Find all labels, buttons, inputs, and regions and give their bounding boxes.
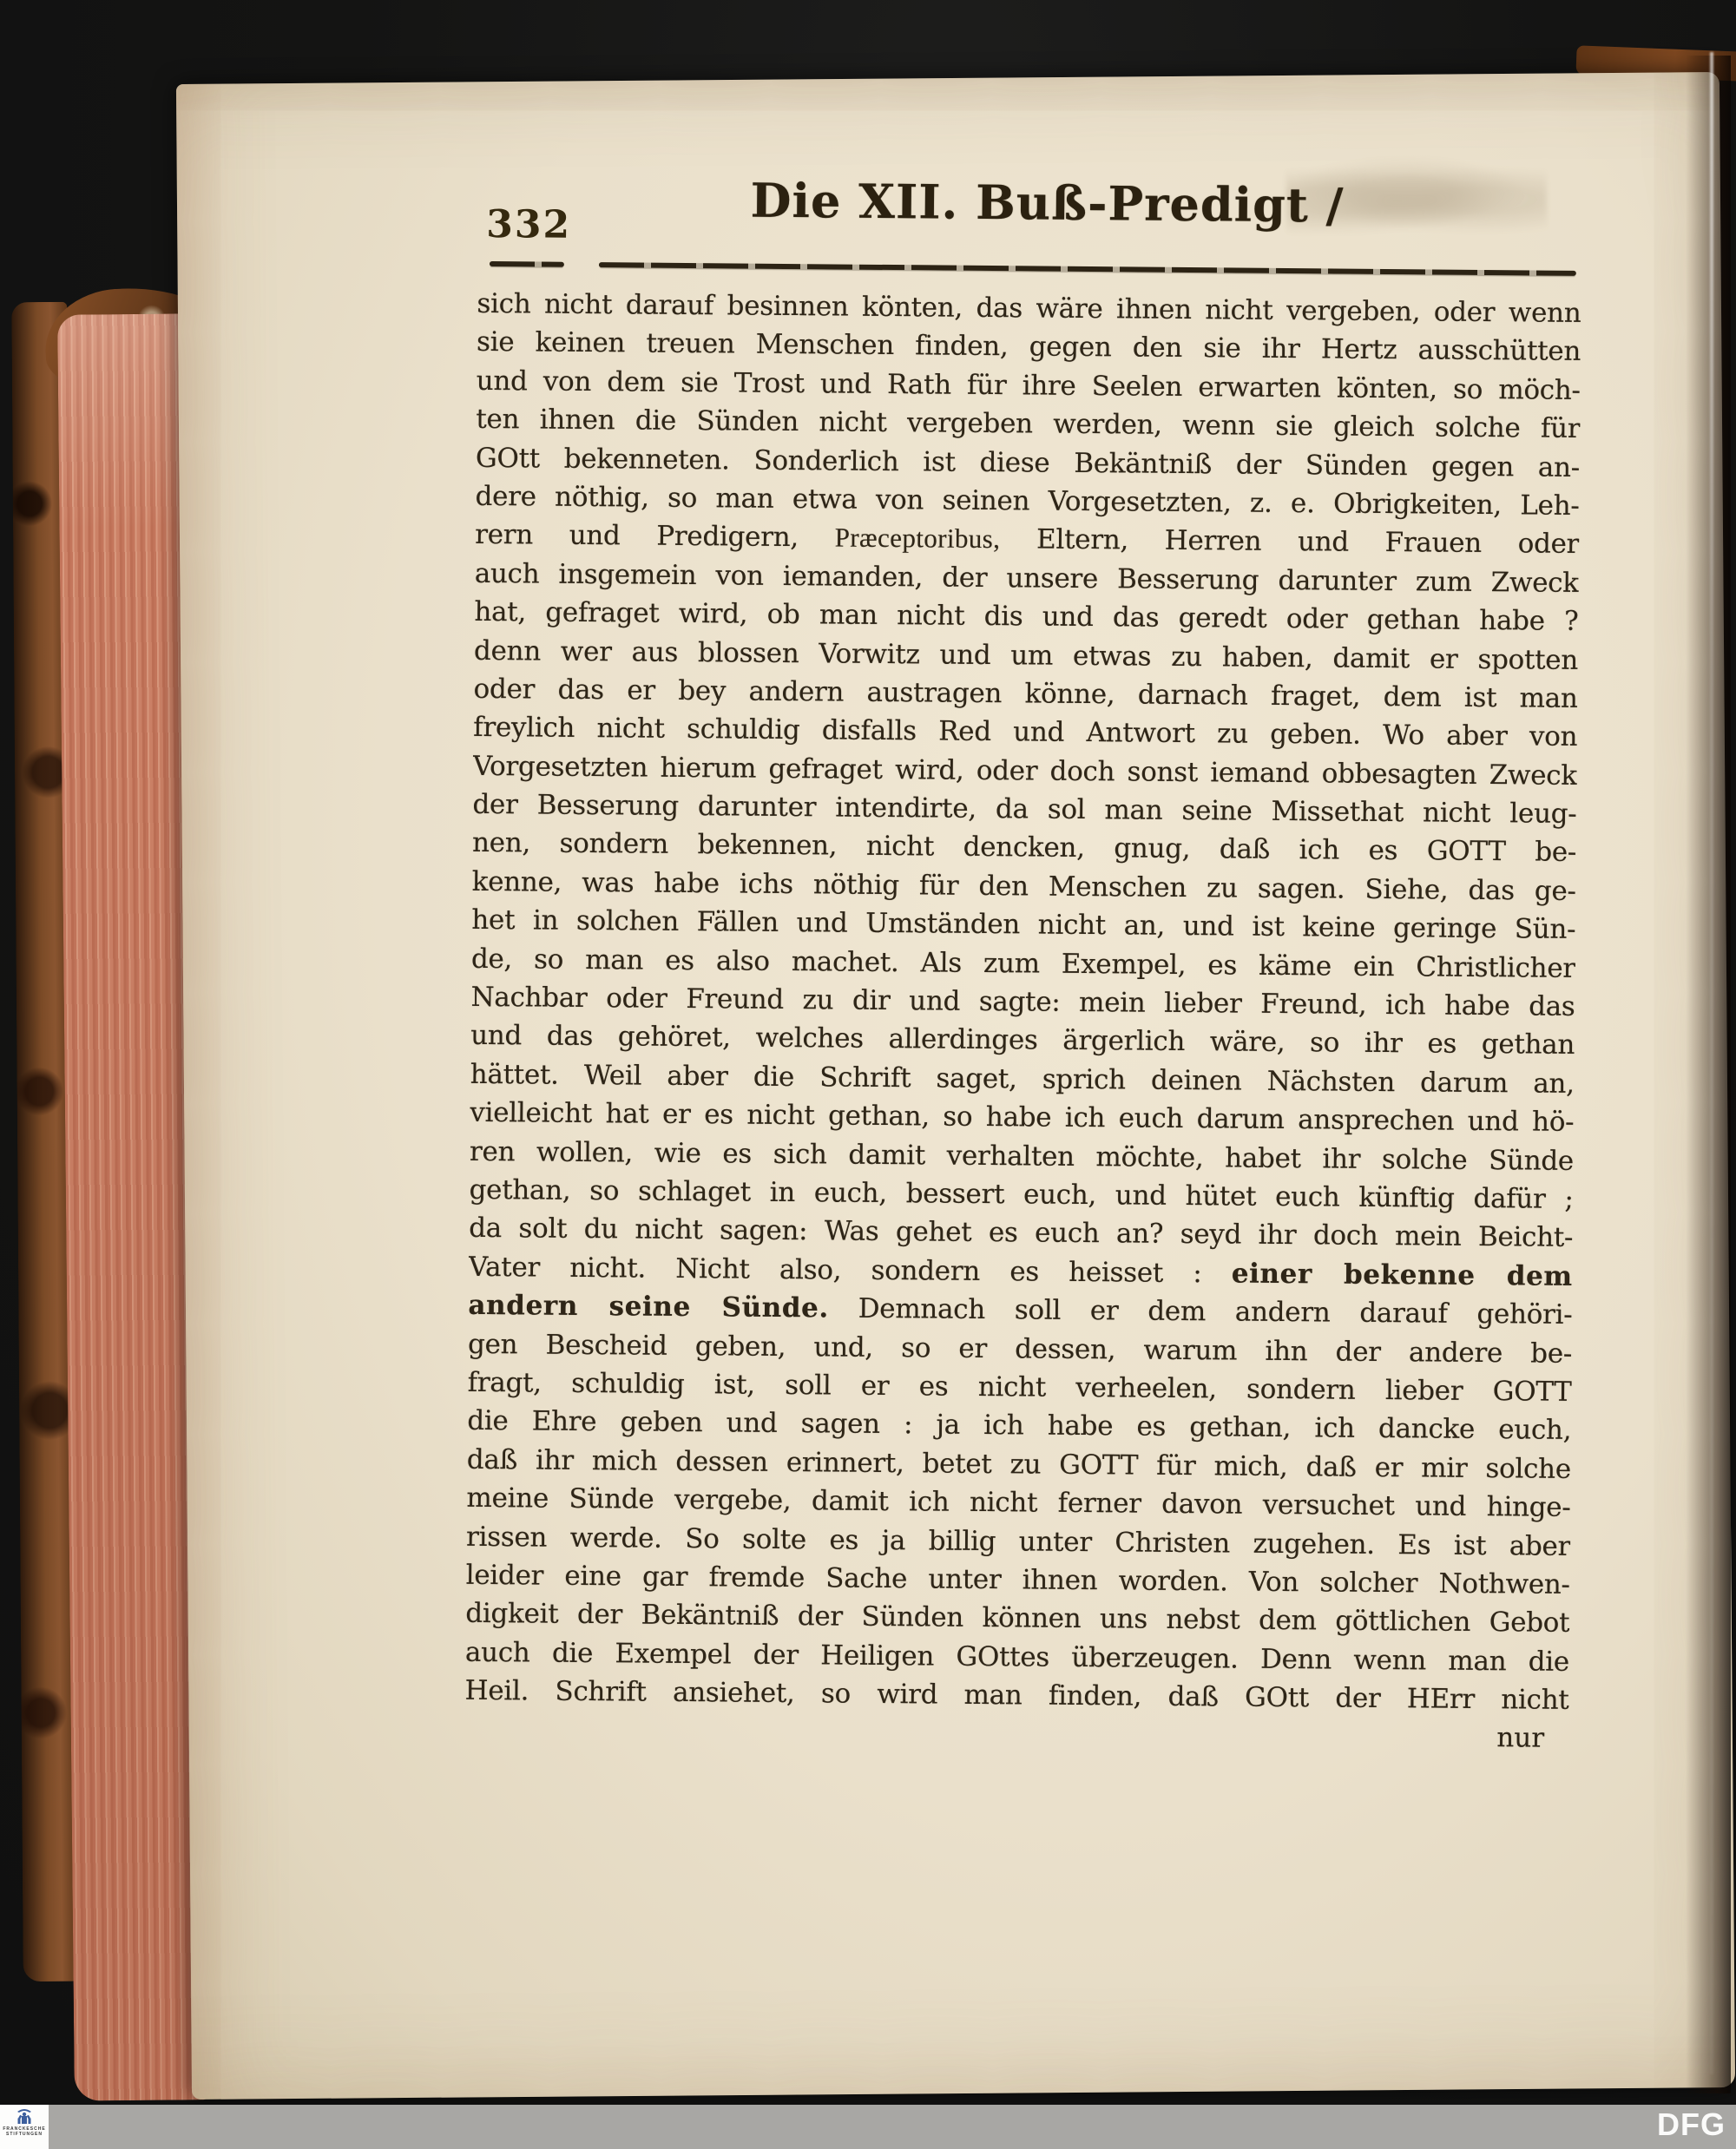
- franckesche-stiftungen-logo: [14, 2107, 35, 2126]
- page-number: 332: [486, 202, 571, 247]
- scanned-book-photo: 332 Die XII. Buß-Predigt / sich nicht da…: [0, 0, 1736, 2149]
- page-edge-highlight: [1710, 52, 1713, 2074]
- printed-text-block: 332 Die XII. Buß-Predigt / sich nicht da…: [464, 170, 1582, 1758]
- dfg-logo: DFG: [1657, 2106, 1726, 2143]
- institution-logo-box: FRANCKESCHE STIFTUNGEN: [0, 2105, 49, 2149]
- running-title: Die XII. Buß-Predigt /: [477, 170, 1582, 235]
- page-header: 332 Die XII. Buß-Predigt /: [477, 170, 1582, 258]
- header-rule-short-segment: [490, 261, 564, 267]
- body-text: sich nicht darauf besinnen könten, das w…: [464, 285, 1581, 1719]
- scanner-footer-bar: FRANCKESCHE STIFTUNGEN DFG: [0, 2105, 1736, 2149]
- gutter-shadow: [1686, 56, 1731, 2093]
- institution-name-line2: STIFTUNGEN: [6, 2132, 43, 2137]
- header-rule: [490, 260, 1576, 277]
- header-rule-long-segment: [599, 262, 1576, 276]
- book-page: 332 Die XII. Buß-Predigt / sich nicht da…: [176, 72, 1735, 2100]
